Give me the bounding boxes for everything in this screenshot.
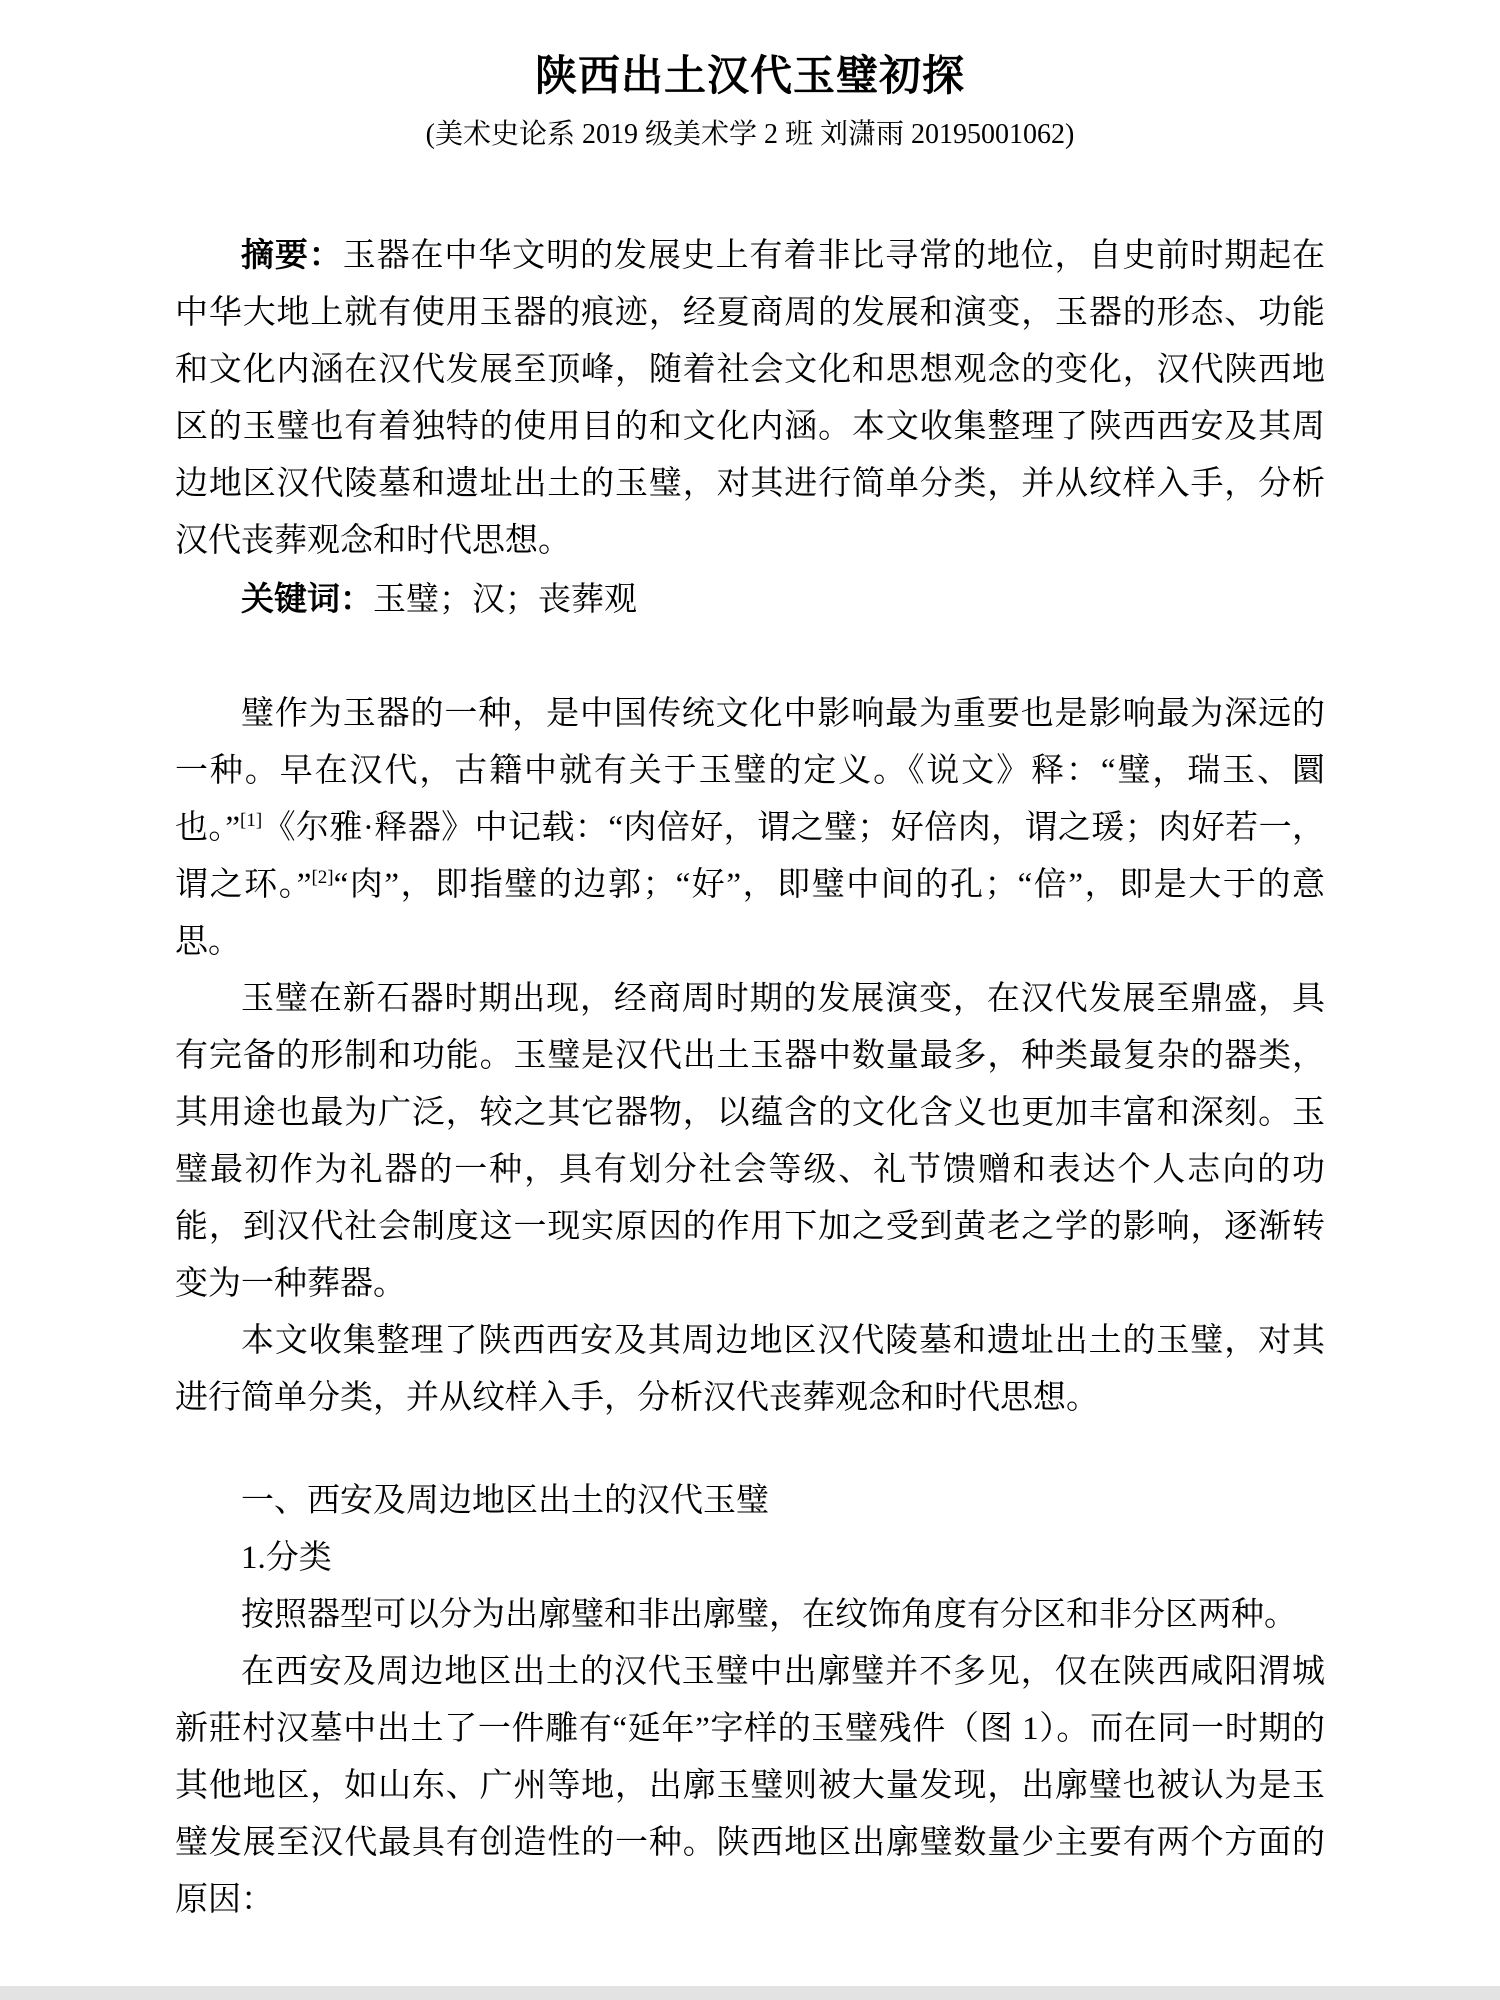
subsection-heading: 1.分类 (175, 1530, 1325, 1587)
paragraph-chukuo-bi: 在西安及周边地区出土的汉代玉璧中出廓璧并不多见，仅在陕西咸阳渭城新莊村汉墓中出土… (175, 1644, 1325, 1929)
abstract-label: 摘要： (241, 236, 343, 273)
vertical-spacer (175, 629, 1325, 686)
page-title: 陕西出土汉代玉璧初探 (175, 50, 1325, 102)
footnote-ref-1: [1] (240, 810, 262, 831)
paragraph-text-segment: “肉”，即指璧的边郭；“好”，即璧中间的孔；“倍”，即是大于的意思。 (175, 867, 1325, 960)
paragraph-bi-history: 玉璧在新石器时期出现，经商周时期的发展演变，在汉代发展至鼎盛，具有完备的形制和功… (175, 971, 1325, 1313)
footnote-ref-2: [2] (311, 867, 333, 888)
abstract-text: 玉器在中华文明的发展史上有着非比寻常的地位，自史前时期起在中华大地上就有使用玉器… (175, 238, 1325, 559)
keywords-label: 关键词： (241, 580, 373, 617)
paragraph-classification: 按照器型可以分为出廓璧和非出廓璧，在纹饰角度有分区和非分区两种。 (175, 1587, 1325, 1644)
paragraph-study-scope: 本文收集整理了陕西西安及其周边地区汉代陵墓和遗址出土的玉璧，对其进行简单分类，并… (175, 1313, 1325, 1427)
vertical-spacer (175, 1427, 1325, 1473)
section-heading: 一、西安及周边地区出土的汉代玉璧 (175, 1473, 1325, 1530)
abstract-paragraph: 摘要：玉器在中华文明的发展史上有着非比寻常的地位，自史前时期起在中华大地上就有使… (175, 226, 1325, 570)
keywords-text: 玉璧；汉；丧葬观 (373, 582, 637, 618)
byline: (美术史论系 2019 级美术学 2 班 刘潇雨 20195001062) (175, 116, 1325, 154)
keywords-line: 关键词：玉璧；汉；丧葬观 (175, 570, 1325, 629)
page-bottom-bar (0, 1986, 1500, 2000)
paragraph-bi-definition: 璧作为玉器的一种，是中国传统文化中影响最为重要也是影响最为深远的一种。早在汉代，… (175, 686, 1325, 971)
document-page: 陕西出土汉代玉璧初探 (美术史论系 2019 级美术学 2 班 刘潇雨 2019… (0, 0, 1500, 2000)
